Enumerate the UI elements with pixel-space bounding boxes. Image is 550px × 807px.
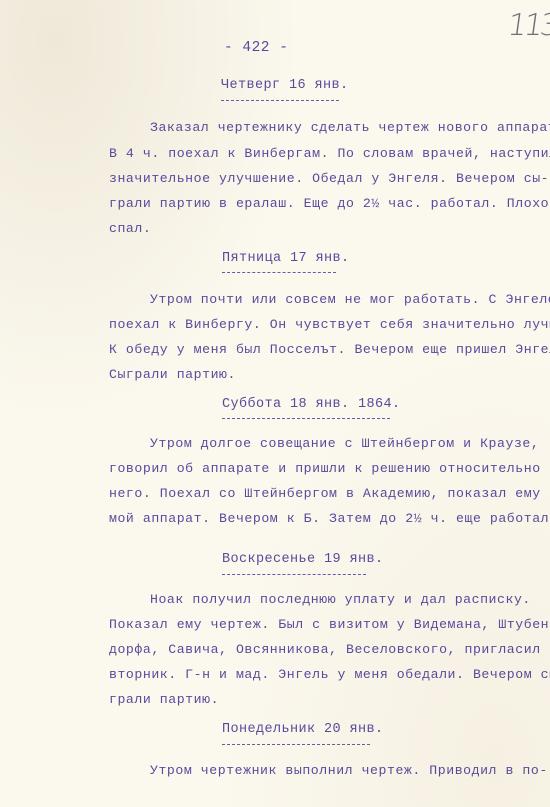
document-page: 113 - 422 - Четверг 16 янв. Заказал черт… bbox=[0, 0, 550, 807]
archive-folio-number: 113 bbox=[506, 8, 550, 43]
entry-heading-saturday: Суббота 18 янв. 1864. bbox=[222, 397, 401, 412]
text-line: Ноак получил последнюю уплату и дал расп… bbox=[150, 592, 531, 607]
text-line: К обеду у меня был Посселът. Вечером еще… bbox=[109, 342, 550, 357]
text-line: Утром долгое совещание с Штейнбергом и К… bbox=[150, 436, 539, 451]
text-line: вторник. Г-н и мад. Энгель у меня обедал… bbox=[109, 667, 550, 682]
text-line: значительное улучшение. Обедал у Энгеля.… bbox=[109, 171, 549, 186]
text-line: Показал ему чертеж. Был с визитом у Виде… bbox=[109, 617, 550, 632]
entry-heading-monday: Понедельник 20 янв. bbox=[222, 722, 384, 737]
page-number: - 422 - bbox=[224, 40, 288, 56]
heading-underline bbox=[222, 272, 336, 273]
text-line: Утром чертежник выполнил чертеж. Приводи… bbox=[150, 763, 548, 778]
text-line: грали партию. bbox=[109, 692, 219, 707]
text-line: дорфа, Савича, Овсянникова, Веселовского… bbox=[109, 642, 550, 657]
text-line: спал. bbox=[109, 221, 151, 236]
entry-heading-sunday: Воскресенье 19 янв. bbox=[222, 552, 384, 567]
text-line: грали партию в ералаш. Еще до 2½ час. ра… bbox=[109, 196, 549, 211]
text-line: него. Поехал со Штейнбергом в Академию, … bbox=[109, 486, 541, 501]
text-line: Утром почти или совсем не мог работать. … bbox=[150, 292, 550, 307]
text-line: В 4 ч. поехал к Винбергам. По словам вра… bbox=[109, 146, 550, 161]
entry-heading-friday: Пятница 17 янв. bbox=[222, 251, 350, 266]
heading-underline bbox=[222, 574, 366, 575]
text-line: мой аппарат. Вечером к Б. Затем до 2½ ч.… bbox=[109, 511, 550, 526]
text-line: Заказал чертежнику сделать чертеж нового… bbox=[150, 120, 550, 135]
heading-underline bbox=[222, 418, 390, 419]
text-line: говорил об аппарате и пришли к решению о… bbox=[109, 461, 541, 476]
text-line: поехал к Винбергу. Он чувствует себя зна… bbox=[109, 317, 550, 332]
heading-underline bbox=[221, 100, 339, 101]
heading-underline bbox=[222, 744, 370, 745]
text-line: Сыграли партию. bbox=[109, 367, 236, 382]
entry-heading-thursday: Четверг 16 янв. bbox=[221, 78, 349, 93]
